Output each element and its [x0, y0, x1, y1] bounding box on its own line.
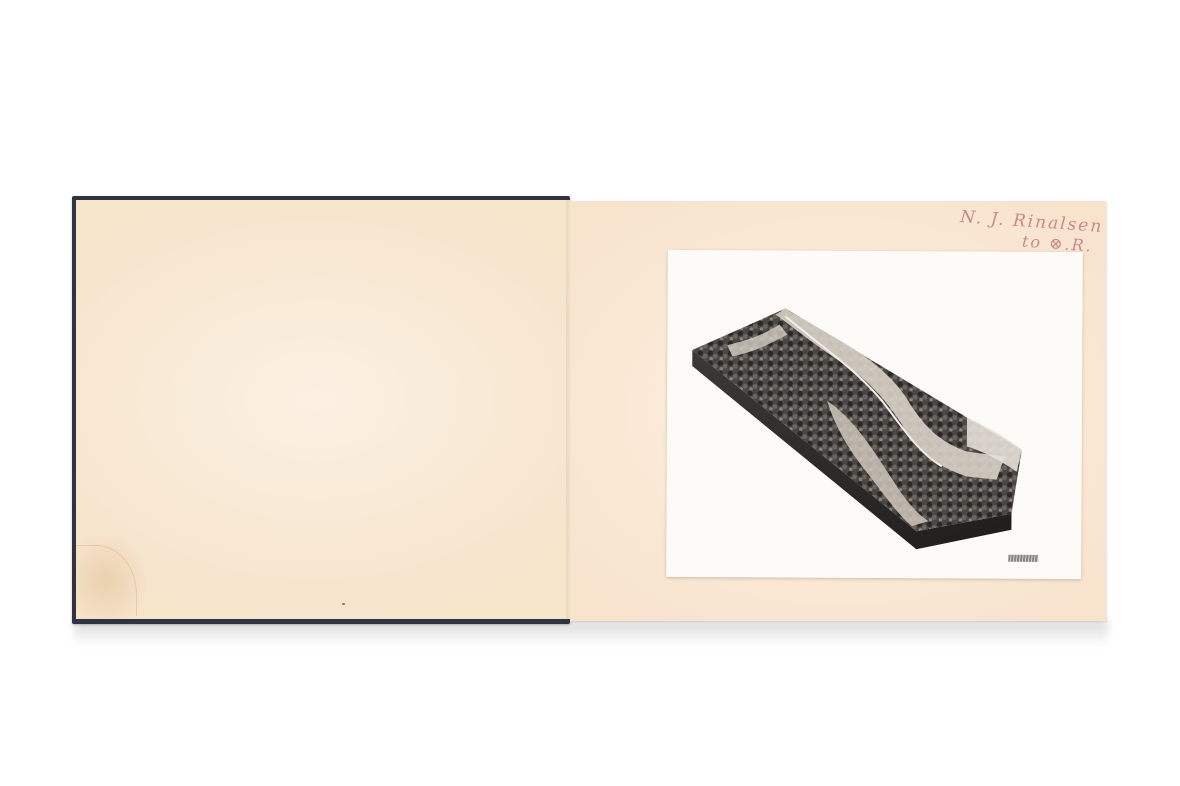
print-stamp-label	[1008, 555, 1038, 562]
water-stain	[76, 545, 137, 616]
page-speck	[342, 603, 345, 605]
album-scene: N. J. Rinalsen to ⊗.R.	[0, 0, 1180, 786]
mounted-photograph	[666, 250, 1083, 579]
left-page	[76, 200, 566, 619]
terrain-model-image	[666, 250, 1083, 579]
